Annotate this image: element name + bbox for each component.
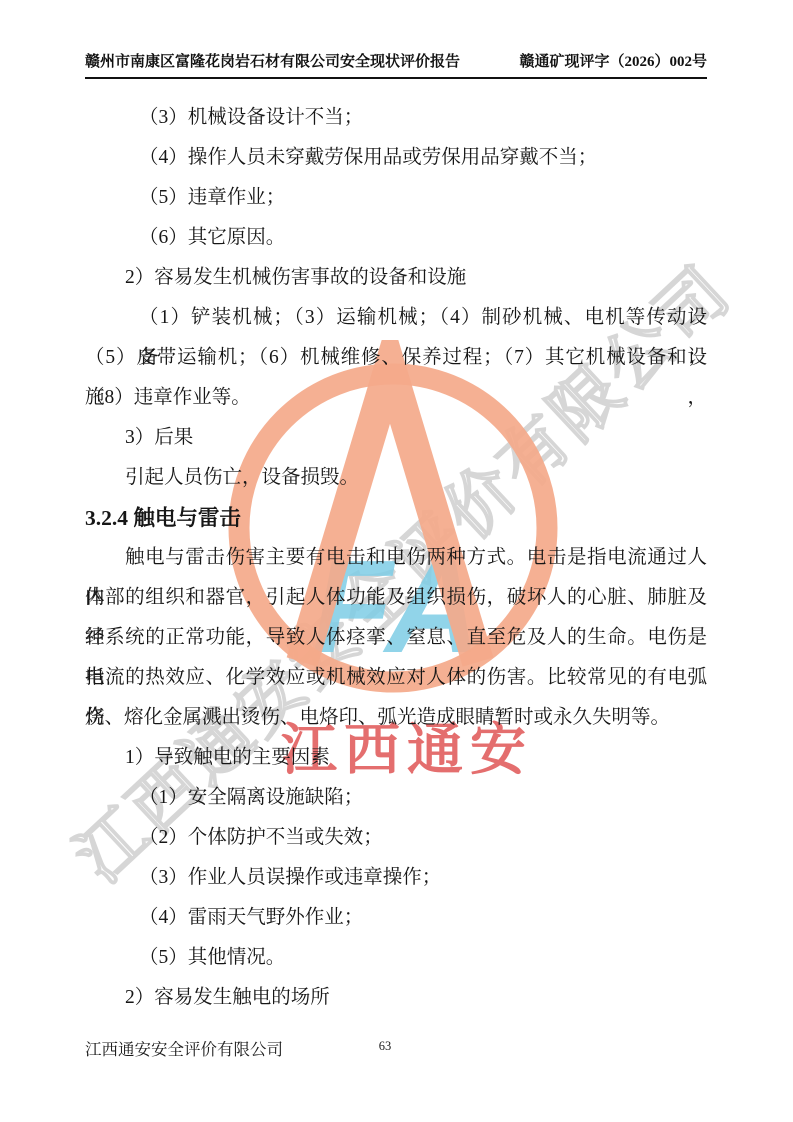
document-page: 江西通安安全评价有限公司 FA 江西通安 赣州市南康区富隆花岗岩石材有限公司安全… (0, 0, 793, 1122)
page-number: 63 (85, 1039, 685, 1054)
body-line: 经系统的正常功能，导致人体痉挛、窒息、直至危及人的生命。电伤是指 (85, 618, 707, 658)
page-footer: 江西通安安全评价有限公司 63 (85, 1036, 707, 1060)
body-line: 2）容易发生触电的场所 (85, 978, 707, 1018)
body-line: （2）个体防护不当或失效； (85, 818, 707, 858)
body-line: （5）其他情况。 (85, 938, 707, 978)
body-line: （1）铲装机械；（3）运输机械；（4）制砂机械、电机等传动设备； (85, 298, 707, 338)
body-line: 引起人员伤亡，设备损毁。 (85, 458, 707, 498)
page-header: 赣州市南康区富隆花岗岩石材有限公司安全现状评价报告 赣通矿现评字（2026）00… (85, 50, 707, 79)
content-layer: 赣州市南康区富隆花岗岩石材有限公司安全现状评价报告 赣通矿现评字（2026）00… (0, 0, 793, 1122)
body-line: （4）雷雨天气野外作业； (85, 898, 707, 938)
body-line: 内部的组织和器官，引起人体功能及组织损伤，破坏人的心脏、肺脏及神 (85, 578, 707, 618)
body-line: 3）后果 (85, 418, 707, 458)
header-document-code: 赣通矿现评字（2026）002号 (519, 50, 707, 71)
body-line: 2）容易发生机械伤害事故的设备和设施 (85, 258, 707, 298)
body-line: （4）操作人员未穿戴劳保用品或劳保用品穿戴不当； (85, 138, 707, 178)
body-line: （3）机械设备设计不当； (85, 98, 707, 138)
body-line: （1）安全隔离设施缺陷； (85, 778, 707, 818)
body-line: 触电与雷击伤害主要有电击和电伤两种方式。电击是指电流通过人体 (85, 538, 707, 578)
body-line: 伤、熔化金属溅出烫伤、电烙印、弧光造成眼睛暂时或永久失明等。 (85, 698, 707, 738)
body-line: （3）作业人员误操作或违章操作； (85, 858, 707, 898)
body-line: （6）其它原因。 (85, 218, 707, 258)
body-line: （5）皮带运输机；（6）机械维修、保养过程；（7）其它机械设备和设施， (85, 338, 707, 378)
body-line: 3.2.4 触电与雷击 (85, 498, 707, 538)
body-line: 电流的热效应、化学效应或机械效应对人体的伤害。比较常见的有电弧烧 (85, 658, 707, 698)
body-line: （5）违章作业； (85, 178, 707, 218)
body-line: 1）导致触电的主要因素 (85, 738, 707, 778)
document-body: （3）机械设备设计不当；（4）操作人员未穿戴劳保用品或劳保用品穿戴不当；（5）违… (85, 98, 707, 1018)
header-report-title: 赣州市南康区富隆花岗岩石材有限公司安全现状评价报告 (85, 50, 460, 71)
